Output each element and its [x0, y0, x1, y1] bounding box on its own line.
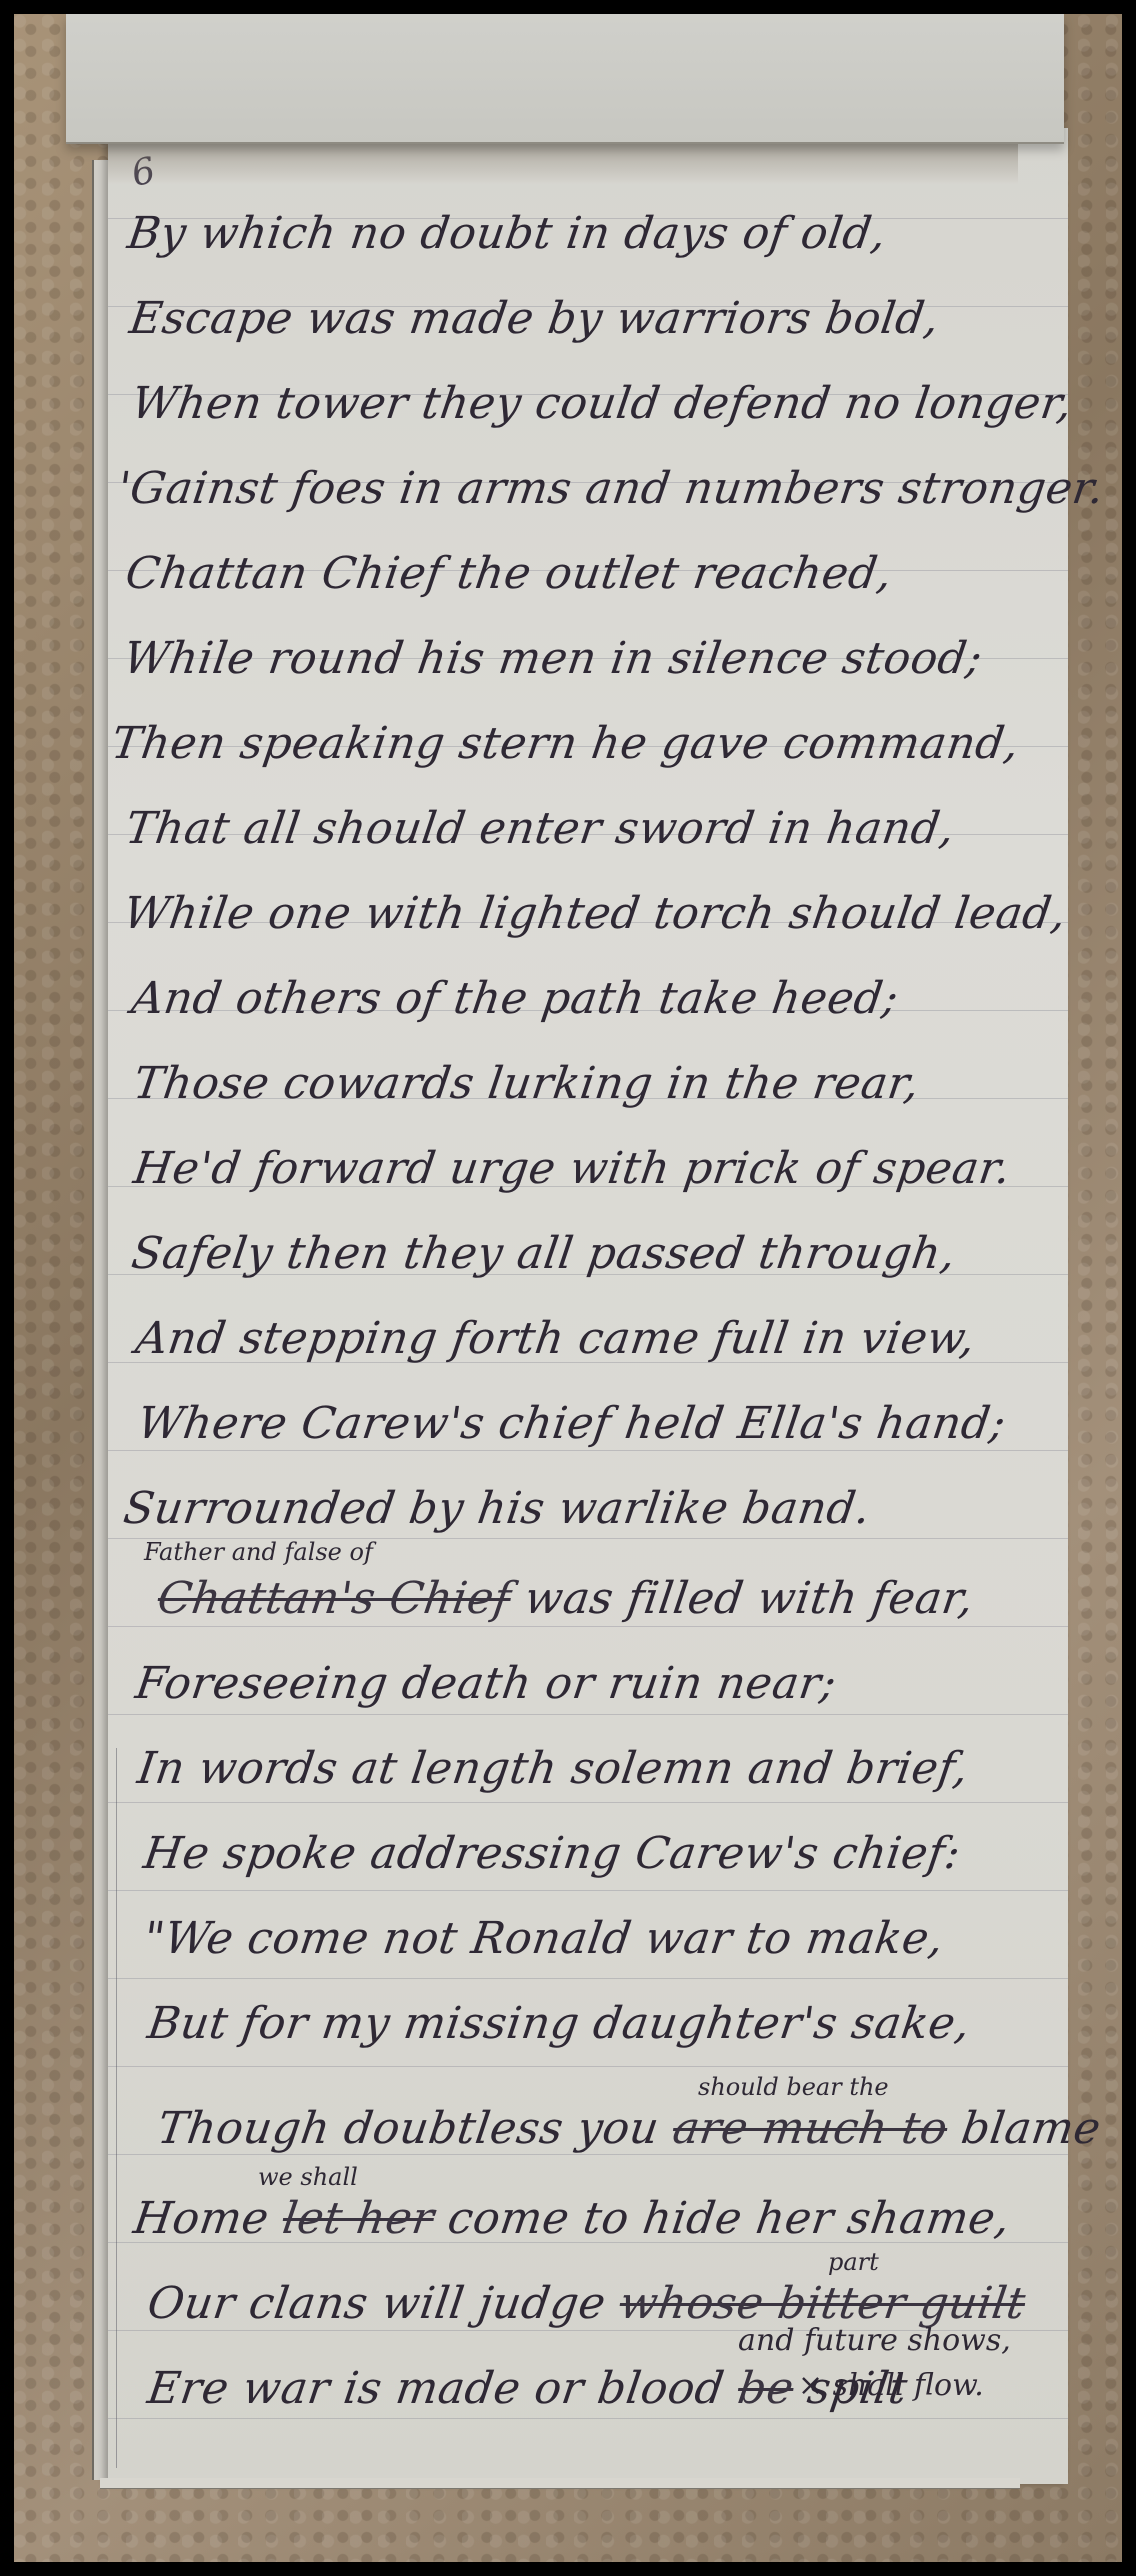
struck-text: whose bitter guilt	[616, 2278, 1028, 2329]
folded-page-flap	[66, 14, 1064, 144]
poem-line: Though doubtless you are much to blame	[154, 2103, 1104, 2154]
struck-text: are much to	[670, 2103, 951, 2154]
margin-note: × shall flow.	[798, 2368, 984, 2403]
poem-line: Escape was made by warriors bold,	[126, 293, 942, 344]
inserted-correction: should bear the	[698, 2073, 889, 2101]
poem-line: He spoke addressing Carew's chief:	[140, 1828, 963, 1879]
poem-line: While one with lighted torch should lead…	[120, 888, 1069, 939]
struck-text: be	[735, 2363, 797, 2414]
poem-line: Our clans will judge whose bitter guilt	[144, 2278, 1028, 2329]
inserted-correction: part	[828, 2248, 879, 2276]
poem-line: Where Carew's chief held Ella's hand;	[134, 1398, 1009, 1449]
struck-text: let her	[280, 2193, 438, 2244]
poem-line: Safely then they all passed through,	[128, 1228, 959, 1279]
poem-line: And others of the path take heed;	[128, 973, 901, 1024]
poem-line: In words at length solemn and brief,	[134, 1743, 971, 1794]
poem-text: By which no doubt in days of old, Escape…	[108, 128, 1068, 2484]
poem-line: 'Gainst foes in arms and numbers stronge…	[114, 463, 1107, 514]
poem-line: Ere war is made or blood be spilt	[144, 2363, 910, 2414]
inserted-correction: Father and false of	[144, 1538, 373, 1566]
poem-line: He'd forward urge with prick of spear.	[130, 1143, 1014, 1194]
poem-line: While round his men in silence stood;	[120, 633, 985, 684]
poem-line: Home let her come to hide her shame,	[130, 2193, 1013, 2244]
poem-line: "We come not Ronald war to make,	[140, 1913, 947, 1964]
poem-line: Then speaking stern he gave command,	[108, 718, 1022, 769]
struck-text: Chattan's Chief	[154, 1573, 514, 1624]
poem-line: That all should enter sword in hand,	[122, 803, 958, 854]
margin-note: and future shows,	[738, 2323, 1011, 2358]
poem-line: By which no doubt in days of old,	[124, 208, 889, 259]
poem-line: Those cowards lurking in the rear,	[130, 1058, 922, 1109]
poem-line: But for my missing daughter's sake,	[144, 1998, 973, 2049]
poem-line: Surrounded by his warlike band.	[120, 1483, 873, 1534]
poem-line: Chattan Chief the outlet reached,	[122, 548, 895, 599]
poem-line: Chattan's Chief was filled with fear,	[154, 1573, 977, 1624]
notepad-page: 6 By which no doubt in days of old, Esca…	[108, 128, 1068, 2484]
page-bottom-edge	[100, 2478, 1020, 2489]
poem-line: When tower they could defend no longer,	[128, 378, 1075, 429]
inserted-correction: we shall	[258, 2163, 358, 2191]
poem-line: Foreseeing death or ruin near;	[132, 1658, 839, 1709]
flap-shadow	[108, 142, 1018, 184]
poem-line: And stepping forth came full in view,	[132, 1313, 978, 1364]
